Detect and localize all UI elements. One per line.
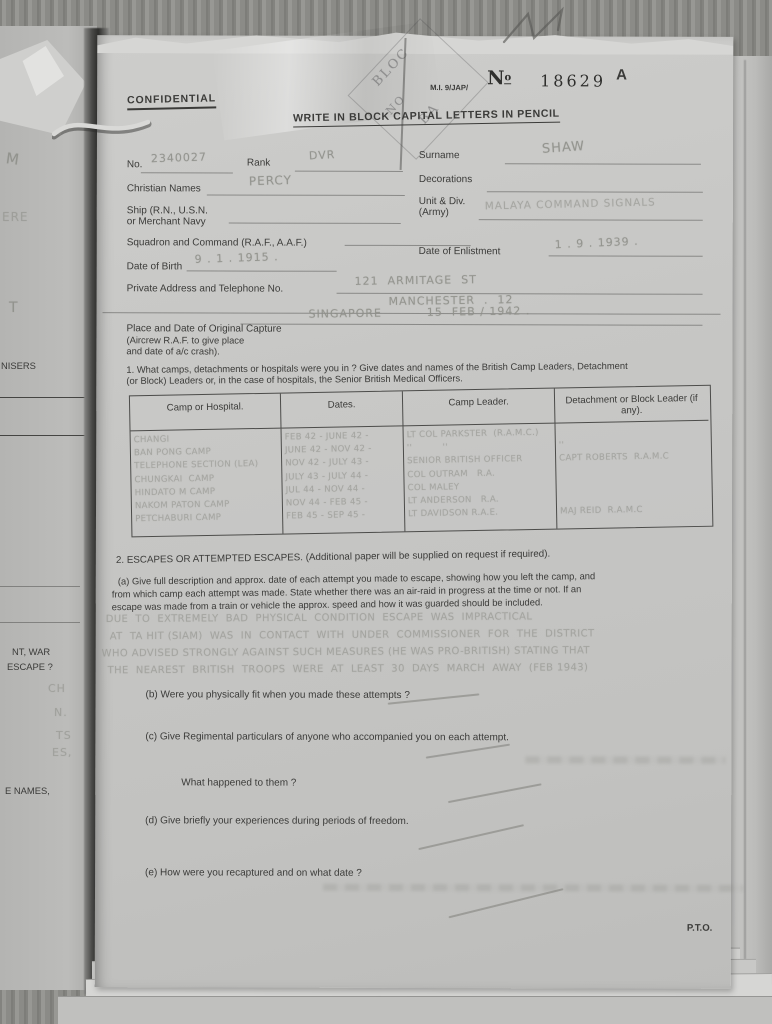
field-unit-value: MALAYA COMMAND SIGNALS [485, 196, 656, 212]
dates-entry: FEB 45 - SEP 45 - [286, 509, 401, 524]
field-enlistment-value: 1 . 9 . 1939 . [554, 235, 638, 251]
field-rule [487, 191, 703, 193]
q2a-answer-line: DUE TO EXTREMELY BAD PHYSICAL CONDITION … [106, 611, 533, 625]
q2b-label: (b) Were you physically fit when you mad… [146, 689, 410, 701]
instruction-heading: WRITE IN BLOCK CAPITAL LETTERS IN PENCIL [293, 108, 560, 128]
field-rule [549, 255, 703, 256]
field-rule [141, 172, 233, 173]
camps-table: Camp or Hospital. Dates. Camp Leader. De… [129, 385, 714, 538]
field-ship-label1: Ship (R.N., U.S.N. [127, 205, 208, 216]
table-header-dates: Dates. [280, 391, 403, 428]
table-col-camp: CHANGI BAN PONG CAMP TELEPHONE SECTION (… [131, 429, 283, 537]
field-rule [479, 219, 703, 221]
field-address-label: Private Address and Telephone No. [127, 283, 284, 294]
no-n: N [487, 67, 504, 89]
q2a-answer-line: WHO ADVISED STRONGLY AGAINST SUCH MEASUR… [102, 645, 590, 659]
field-surname-value: SHAW [541, 139, 585, 157]
section2-heading: 2. ESCAPES OR ATTEMPTED ESCAPES. (Additi… [116, 549, 550, 566]
field-address-value1: 121 ARMITAGE ST [355, 273, 477, 288]
margin-rule [0, 586, 80, 587]
scanned-document-scene: M ERE T NISERS NT, WAR ESCAPE ? CH N. TS… [0, 0, 772, 1024]
margin-fragment: ES, [52, 746, 72, 759]
form-number: 18629 [540, 71, 606, 90]
leader-entry: LT DAVIDSON R.A.E. [408, 506, 553, 522]
camp-entry: PETCHABURI CAMP [135, 511, 279, 527]
q2a-answer-line: AT TA HIT (SIAM) WAS IN CONTACT WITH UND… [110, 628, 595, 642]
field-rank-label: Rank [247, 158, 270, 169]
margin-rule [0, 622, 80, 623]
field-birth-label: Date of Birth [127, 261, 183, 272]
margin-fragment: T [9, 300, 19, 316]
block-entry: MAJ REID R.A.M.C [560, 503, 707, 519]
what-happened-label: What happened to them ? [181, 777, 296, 788]
pencil-dash [426, 744, 510, 759]
margin-fragment: ESCAPE ? [7, 661, 53, 672]
field-rule [207, 194, 405, 196]
q2c-label: (c) Give Regimental particulars of anyon… [145, 731, 509, 743]
margin-fragment: ERE [2, 210, 29, 224]
q2e-label: (e) How were you recaptured and on what … [145, 867, 362, 879]
field-squadron-label: Squadron and Command (R.A.F., A.A.F.) [127, 237, 307, 248]
field-ship-label2: or Merchant Navy [127, 216, 206, 227]
pencil-dash [448, 888, 563, 918]
field-enlistment-label: Date of Enlistment [419, 246, 501, 257]
table-header-block: Detachment or Block Leader (if any). [554, 386, 709, 424]
field-no-label: No. [127, 159, 143, 170]
series-letter: A [616, 67, 627, 84]
field-capture-value: SINGAPORE 15 FEB / 1942 . [308, 304, 530, 320]
field-unit-label1: Unit & Div. [419, 196, 466, 207]
margin-fragment: N. [54, 706, 68, 719]
pto-label: P.T.O. [687, 923, 712, 934]
binding-string [52, 104, 152, 148]
form-number-label: No [487, 67, 511, 89]
q2a-answer-line: THE NEAREST BRITISH TROOPS WERE AT LEAST… [108, 662, 589, 676]
right-stack-edge [730, 56, 772, 1004]
table-col-leader: LT COL PARKSTER (R.A.M.C.) '' '' SENIOR … [402, 424, 556, 532]
table-col-block: '' CAPT ROBERTS R.A.M.C MAJ REID R.A.M.C [554, 421, 710, 529]
field-rule [240, 324, 702, 326]
field-surname-label: Surname [419, 150, 460, 161]
field-capture-label2: (Aircrew R.A.F. to give place [126, 334, 244, 345]
right-stack-crease [744, 60, 746, 990]
margin-fragment: E NAMES, [5, 785, 50, 796]
no-o: o [504, 72, 511, 84]
pencil-squiggle [498, 4, 588, 54]
field-rule [187, 270, 337, 271]
margin-fragment: NISERS [1, 360, 36, 371]
bleed-through-smudge [323, 884, 743, 892]
field-rule [295, 171, 403, 172]
table-header-camp: Camp or Hospital. [130, 394, 281, 432]
field-christian-value: PERCY [249, 173, 292, 188]
main-page: CONFIDENTIAL M.I. 9/JAP/ No 18629 A BLOC… [95, 35, 733, 989]
question1-line2: (or Block) Leaders or, in the case of ho… [126, 372, 463, 386]
field-birth-value: 9 . 1 . 1915 . [194, 250, 278, 266]
table-header-leader: Camp Leader. [402, 389, 555, 427]
margin-fragment: CH [48, 682, 66, 695]
q2d-label: (d) Give briefly your experiences during… [145, 815, 408, 827]
field-no-value: 2340027 [151, 150, 207, 165]
field-rule [229, 223, 401, 224]
under-stack-left [0, 26, 97, 990]
margin-fragment: NT, WAR [12, 646, 50, 657]
margin-fragment: M [5, 149, 21, 169]
field-capture-label1: Place and Date of Original Capture [126, 323, 281, 334]
field-rule [505, 163, 701, 165]
field-capture-label3: and date of a/c crash). [126, 345, 219, 356]
field-decorations-label: Decorations [419, 174, 472, 185]
margin-fragment: TS [56, 729, 72, 742]
pencil-dash [448, 783, 542, 803]
field-christian-label: Christian Names [127, 183, 201, 194]
field-rank-value: DVR [309, 148, 336, 162]
field-unit-label2: (Army) [419, 207, 449, 218]
bottom-sheet-edge [58, 996, 772, 1024]
table-col-dates: FEB 42 - JUNE 42 - JUNE 42 - NOV 42 - NO… [281, 426, 405, 533]
pencil-dash [418, 824, 524, 850]
bleed-through-smudge [525, 756, 725, 764]
